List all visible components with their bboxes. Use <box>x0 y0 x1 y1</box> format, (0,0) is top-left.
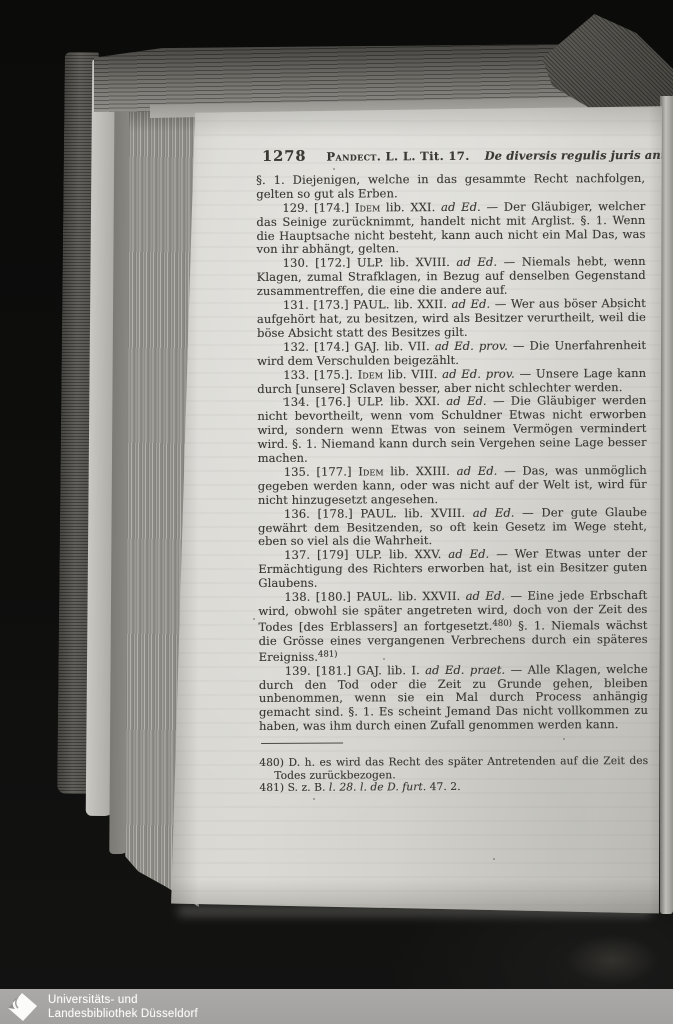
text-segment: 133. [175.]. <box>283 367 358 381</box>
law-paragraph: 130. [172.] ULP. lib. XVIII. ad Ed. — Ni… <box>257 255 646 299</box>
text-segment: 139. [181.] GAJ. lib. I. <box>285 663 425 678</box>
text-segment: ad Ed. praet. <box>425 662 505 676</box>
book-page: 1278 Pandect. L. L. Tit. 17. De diversis… <box>163 98 669 920</box>
text-segment: ad Ed. <box>448 547 489 561</box>
running-title: Pandect. L. L. Tit. 17. <box>326 150 469 165</box>
text-segment: ad Ed. prov. <box>442 366 515 380</box>
text-segment: §. 1. Diejenigen, welche in das gesammte… <box>256 171 645 201</box>
text-segment: ad Ed. <box>451 297 490 311</box>
text-segment: 47. 2. <box>426 781 460 793</box>
text-segment: lib. VIII. <box>383 367 442 381</box>
text-segment: ad Ed. <box>473 505 515 519</box>
text-segment: 136. [178.] PAUL. lib. XVIII. <box>284 506 473 521</box>
law-paragraph: 133. [175.]. Idem lib. VIII. ad Ed. prov… <box>257 367 646 397</box>
text-segment: ad Ed. prov. <box>435 338 508 352</box>
law-paragraph: 137. [179] ULP. lib. XXV. ad Ed. — Wer E… <box>258 547 647 591</box>
photo-shadow <box>553 928 671 992</box>
law-paragraph: 136. [178.] PAUL. lib. XVIII. ad Ed. — D… <box>258 506 647 550</box>
law-paragraph: 135. [177.] Idem lib. XXIII. ad Ed. — Da… <box>258 464 647 508</box>
text-segment: 137. [179] ULP. lib. XXV. <box>284 547 448 562</box>
footnote: 480) D. h. es wird das Recht des später … <box>259 755 648 782</box>
library-name: Universitäts- und Landesbibliothek Düsse… <box>48 993 198 1021</box>
library-watermark-bar: Universitäts- und Landesbibliothek Düsse… <box>0 989 673 1024</box>
text-segment: 132. [174.] GAJ. lib. VII. <box>283 339 435 354</box>
law-paragraph: 129. [174.] Idem lib. XXI. ad Ed. — Der … <box>256 200 645 258</box>
text-segment: Pandect. <box>326 149 381 163</box>
page-content: 1278 Pandect. L. L. Tit. 17. De diversis… <box>256 148 648 795</box>
page-number: 1278 <box>262 150 306 164</box>
text-segment: ad Ed. <box>446 394 486 408</box>
text-segment: lib. XXI. <box>380 200 441 214</box>
law-paragraph: 132. [174.] GAJ. lib. VII. ad Ed. prov. … <box>257 339 646 369</box>
text-segment: 480) D. h. es wird das Recht des später … <box>259 755 648 782</box>
footnote-reference: 481) <box>318 649 338 659</box>
text-segment: 130. [172.] ULP. lib. XVIII. <box>283 255 457 270</box>
footnotes-block: 480) D. h. es wird das Recht des später … <box>259 755 648 795</box>
page-header: 1278 Pandect. L. L. Tit. 17. De diversis… <box>262 148 645 165</box>
text-segment: 129. [174.] <box>282 200 355 214</box>
text-segment: l. 28. l. de D. furt. <box>329 781 426 794</box>
text-segment: ad Ed. <box>457 464 498 478</box>
running-subtitle: De diversis regulis juris antiqui. <box>485 149 673 164</box>
text-segment: ad Ed. <box>466 589 506 603</box>
text-segment: 134. [176.] ULP. lib. XXI. <box>283 394 446 409</box>
footnote: 481) S. z. B. l. 28. l. de D. furt. 47. … <box>259 780 648 795</box>
text-segment: Idem <box>358 367 383 381</box>
library-logo-icon <box>5 992 39 1022</box>
library-name-line1: Universitäts- und <box>48 993 198 1007</box>
text-segment: lib. XXIII. <box>384 464 457 478</box>
text-segment: 135. [177.] <box>284 464 359 478</box>
law-paragraph: 131. [173.] PAUL. lib. XXII. ad Ed. — We… <box>257 297 646 341</box>
text-segment: 138. [180.] PAUL. lib. XXVII. <box>284 589 465 604</box>
text-segment: ad Ed. <box>456 255 497 269</box>
text-segment: L. L. Tit. 17. <box>381 149 470 163</box>
text-segment: Idem <box>358 464 383 478</box>
book-photo-scene: 1278 Pandect. L. L. Tit. 17. De diversis… <box>0 0 673 1024</box>
text-segment: ad Ed. <box>441 200 481 214</box>
text-segment: 481) S. z. B. <box>259 782 329 794</box>
facing-page-edge <box>660 96 673 914</box>
library-name-line2: Landesbibliothek Düsseldorf <box>48 1007 198 1021</box>
footnote-separator <box>261 743 343 744</box>
text-segment: Idem <box>355 200 380 214</box>
footnote-reference: 480) <box>492 619 512 629</box>
law-paragraph: 134. [176.] ULP. lib. XXI. ad Ed. — Die … <box>257 394 646 466</box>
text-segment: 131. [173.] PAUL. lib. XXII. <box>283 297 452 312</box>
law-paragraph: §. 1. Diejenigen, welche in das gesammte… <box>256 172 645 202</box>
law-paragraph: 138. [180.] PAUL. lib. XXVII. ad Ed. — E… <box>258 589 647 665</box>
law-paragraph: 139. [181.] GAJ. lib. I. ad Ed. praet. —… <box>259 663 648 735</box>
